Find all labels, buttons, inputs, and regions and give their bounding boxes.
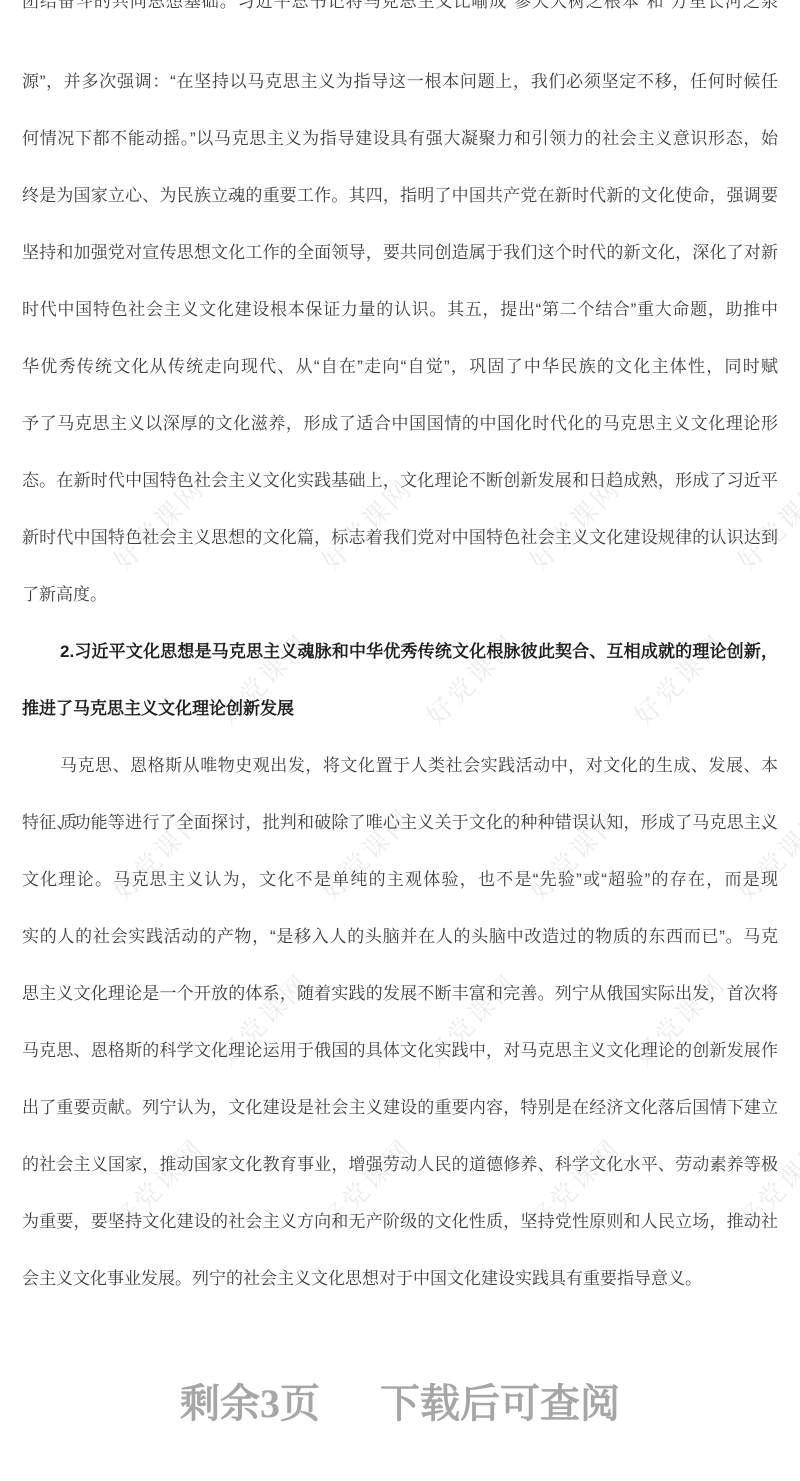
text-line: 何情况下都不能动摇。”以马克思主义为指导建设具有强大凝聚力和引领力的社会主义意识… xyxy=(22,110,778,167)
heading-line: 推进了马克思主义文化理论创新发展 xyxy=(22,680,778,737)
text-line: 源”，并多次强调：“在坚持以马克思主义为指导这一根本问题上，我们必须坚定不移，任… xyxy=(22,53,778,110)
text-line: 为重要，要坚持文化建设的社会主义方向和无产阶级的文化性质，坚持党性原则和人民立场… xyxy=(22,1193,778,1250)
download-hint-label: 下载后可查阅 xyxy=(380,1381,620,1426)
text-line: 华优秀传统文化从传统走向现代、从“自在”走向“自觉”，巩固了中华民族的文化主体性… xyxy=(22,338,778,395)
text-line: 坚持和加强党对宣传思想文化工作的全面领导，要共同创造属于我们这个时代的新文化，深… xyxy=(22,224,778,281)
text-line: 终是为国家立心、为民族立魂的重要工作。其四，指明了中国共产党在新时代新的文化使命… xyxy=(22,167,778,224)
text-line: 时代中国特色社会主义文化建设根本保证力量的认识。其五，提出“第二个结合”重大命题… xyxy=(22,281,778,338)
text-line: 的社会主义国家，推动国家文化教育事业，增强劳动人民的道德修养、科学文化水平、劳动… xyxy=(22,1136,778,1193)
text-line: 出了重要贡献。列宁认为，文化建设是社会主义建设的重要内容，特别是在经济文化落后国… xyxy=(22,1079,778,1136)
remaining-pages-label: 剩余3页 xyxy=(180,1381,320,1426)
text-line: 马克思、恩格斯的科学文化理论运用于俄国的具体文化实践中，对马克思主义文化理论的创… xyxy=(22,1022,778,1079)
text-line: 团结奋斗的共同思想基础。习近平总书记将马克思主义比喻成“参天大树之根本”和“万里… xyxy=(22,0,778,30)
text-line: 会主义文化事业发展。列宁的社会主义文化思想对于中国文化建设实践具有重要指导意义。 xyxy=(22,1250,778,1307)
document-page: 好党课网好党课网好党课网好党课网好党课网好党课网好党课网好党课网好党课网好党课网… xyxy=(0,0,800,1481)
text-line: 态。在新时代中国特色社会主义文化实践基础上，文化理论不断创新发展和日趋成熟，形成… xyxy=(22,452,778,509)
text-line: 了新高度。 xyxy=(22,566,778,623)
text-line: 思主义文化理论是一个开放的体系，随着实践的发展不断丰富和完善。列宁从俄国实际出发… xyxy=(22,965,778,1022)
text-line: 新时代中国特色社会主义思想的文化篇，标志着我们党对中国特色社会主义文化建设规律的… xyxy=(22,509,778,566)
remaining-pages-banner: 剩余3页下载后可查阅 xyxy=(0,1382,800,1426)
text-line: 实的人的社会实践活动的产物，“是移入人的头脑并在人的头脑中改造过的物质的东西而已… xyxy=(22,908,778,965)
document-body: 团结奋斗的共同思想基础。习近平总书记将马克思主义比喻成“参天大树之根本”和“万里… xyxy=(22,0,778,1307)
heading-line: 2.习近平文化思想是马克思主义魂脉和中华优秀传统文化根脉彼此契合、互相成就的理论… xyxy=(22,623,778,680)
text-line: 文化理论。马克思主义认为，文化不是单纯的主观体验，也不是“先验”或“超验”的存在… xyxy=(22,851,778,908)
text-line: 予了马克思主义以深厚的文化滋养，形成了适合中国国情的中国化时代化的马克思主义文化… xyxy=(22,395,778,452)
text-line: 特征、功能等进行了全面探讨，批判和破除了唯心主义关于文化的种种错误认知，形成了马… xyxy=(22,794,778,851)
text-line: 马克思、恩格斯从唯物史观出发，将文化置于人类社会实践活动中，对文化的生成、发展、… xyxy=(22,737,778,794)
